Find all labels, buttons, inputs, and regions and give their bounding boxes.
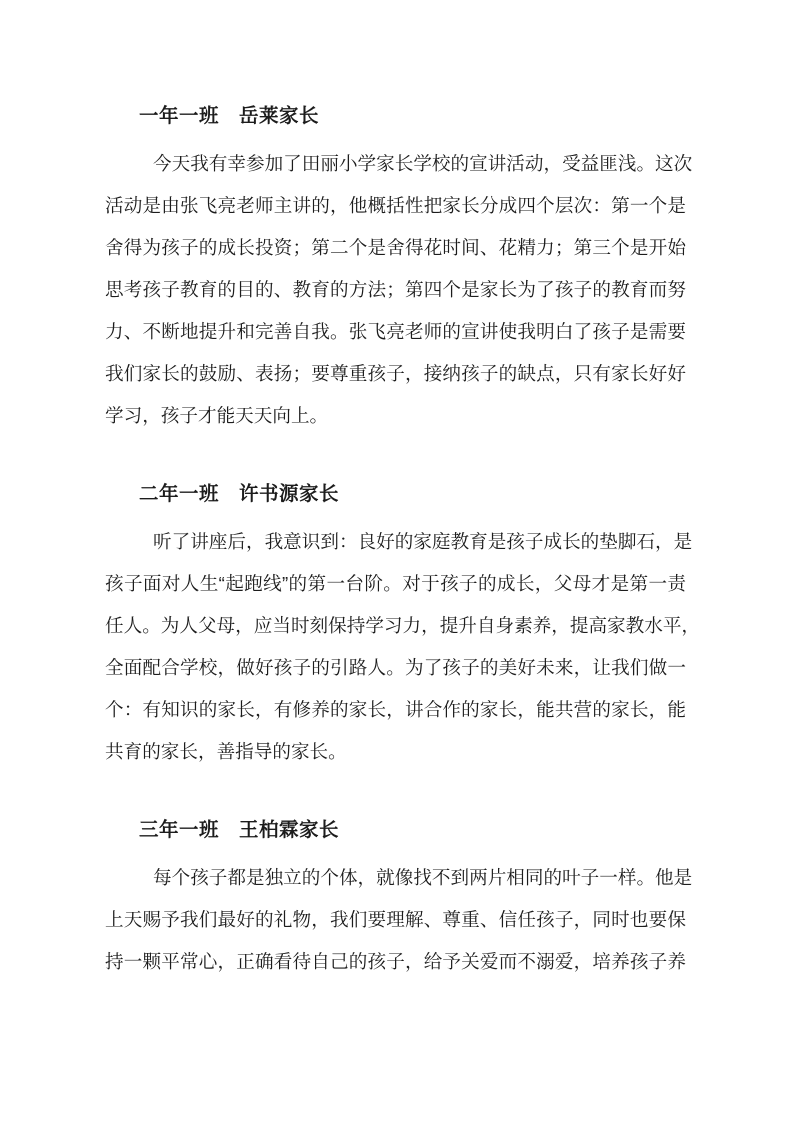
text-line: 力、不断地提升和完善自我。张飞亮老师的宣讲使我明白了孩子是需要	[105, 311, 686, 353]
text-line: 听了讲座后，我意识到：良好的家庭教育是孩子成长的垫脚石，是	[105, 521, 686, 563]
text-line: 每个孩子都是独立的个体，就像找不到两片相同的叶子一样。他是	[105, 857, 686, 899]
text-line: 全面配合学校，做好孩子的引路人。为了孩子的美好未来，让我们做一	[105, 647, 686, 689]
text-line: 我们家长的鼓励、表扬；要尊重孩子，接纳孩子的缺点，只有家长好好	[105, 353, 686, 395]
text-line: 思考孩子教育的目的、教育的方法；第四个是家长为了孩子的教育而努	[105, 269, 686, 311]
text-line: 共育的家长，善指导的家长。	[105, 731, 686, 773]
feedback-section: 一年一班 岳莱家长 今天我有幸参加了田丽小学家长学校的宣讲活动，受益匪浅。这次活…	[105, 95, 686, 437]
section-heading: 三年一班 王柏霖家长	[105, 809, 686, 851]
paragraph: 听了讲座后，我意识到：良好的家庭教育是孩子成长的垫脚石，是孩子面对人生“起跑线”…	[105, 521, 686, 773]
text-line: 任人。为人父母，应当时刻保持学习力，提升自身素养，提高家教水平，	[105, 605, 686, 647]
feedback-section: 二年一班 许书源家长 听了讲座后，我意识到：良好的家庭教育是孩子成长的垫脚石，是…	[105, 473, 686, 773]
text-line: 舍得为孩子的成长投资；第二个是舍得花时间、花精力；第三个是开始	[105, 227, 686, 269]
text-line: 上天赐予我们最好的礼物，我们要理解、尊重、信任孩子，同时也要保	[105, 899, 686, 941]
text-line: 今天我有幸参加了田丽小学家长学校的宣讲活动，受益匪浅。这次	[105, 143, 686, 185]
paragraph: 每个孩子都是独立的个体，就像找不到两片相同的叶子一样。他是上天赐予我们最好的礼物…	[105, 857, 686, 983]
text-line: 活动是由张飞亮老师主讲的，他概括性把家长分成四个层次：第一个是	[105, 185, 686, 227]
text-line: 学习，孩子才能天天向上。	[105, 395, 686, 437]
text-line: 孩子面对人生“起跑线”的第一台阶。对于孩子的成长，父母才是第一责	[105, 563, 686, 605]
feedback-section: 三年一班 王柏霖家长 每个孩子都是独立的个体，就像找不到两片相同的叶子一样。他是…	[105, 809, 686, 983]
section-heading: 二年一班 许书源家长	[105, 473, 686, 515]
section-heading: 一年一班 岳莱家长	[105, 95, 686, 137]
document-page: 一年一班 岳莱家长 今天我有幸参加了田丽小学家长学校的宣讲活动，受益匪浅。这次活…	[0, 0, 794, 1122]
text-line: 持一颗平常心，正确看待自己的孩子，给予关爱而不溺爱，培养孩子养	[105, 941, 686, 983]
paragraph: 今天我有幸参加了田丽小学家长学校的宣讲活动，受益匪浅。这次活动是由张飞亮老师主讲…	[105, 143, 686, 437]
text-line: 个：有知识的家长，有修养的家长，讲合作的家长，能共营的家长，能	[105, 689, 686, 731]
document-body: 一年一班 岳莱家长 今天我有幸参加了田丽小学家长学校的宣讲活动，受益匪浅。这次活…	[105, 95, 686, 983]
